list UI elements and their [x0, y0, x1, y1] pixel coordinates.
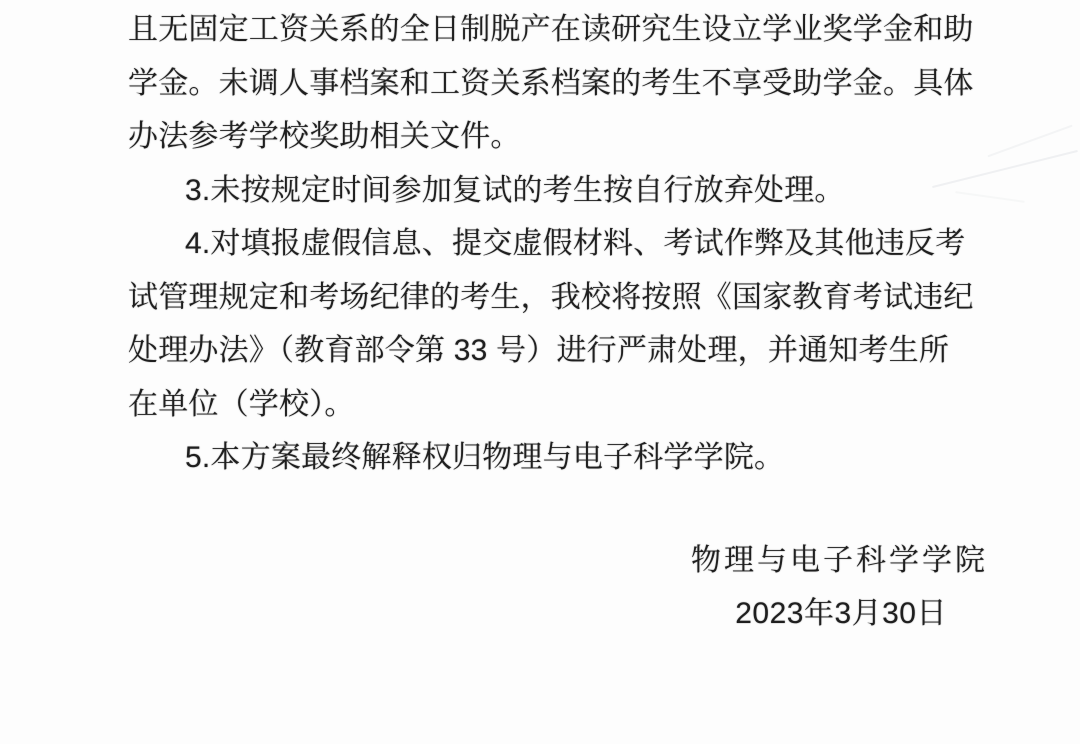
text-line-item-5: 5.本方案最终解释权归物理与电子科学学院。	[128, 431, 1080, 485]
text-line-item-4: 4.对填报虚假信息、提交虚假材料、考试作弊及其他违反考	[128, 217, 1080, 271]
date-line: 2023年3月30日	[128, 587, 1080, 641]
text-line-item-3: 3.未按规定时间参加复试的考生按自行放弃处理。	[128, 164, 1080, 218]
text-line: 在单位（学校）。	[128, 378, 1080, 432]
text-line: 学金。未调人事档案和工资关系档案的考生不享受助学金。具体	[128, 57, 1080, 111]
text-line: 处理办法》（教育部令第 33 号）进行严肃处理，并通知考生所	[128, 324, 1080, 378]
signature-line: 物理与电子科学学院	[128, 534, 1080, 588]
text-line: 试管理规定和考场纪律的考生，我校将按照《国家教育考试违纪	[128, 271, 1080, 325]
document-page: 且无固定工资关系的全日制脱产在读研究生设立学业奖学金和助 学金。未调人事档案和工…	[0, 0, 1080, 744]
document-body: 且无固定工资关系的全日制脱产在读研究生设立学业奖学金和助 学金。未调人事档案和工…	[0, 0, 1080, 641]
text-line: 办法参考学校奖助相关文件。	[128, 110, 1080, 164]
text-line: 且无固定工资关系的全日制脱产在读研究生设立学业奖学金和助	[128, 3, 1080, 57]
